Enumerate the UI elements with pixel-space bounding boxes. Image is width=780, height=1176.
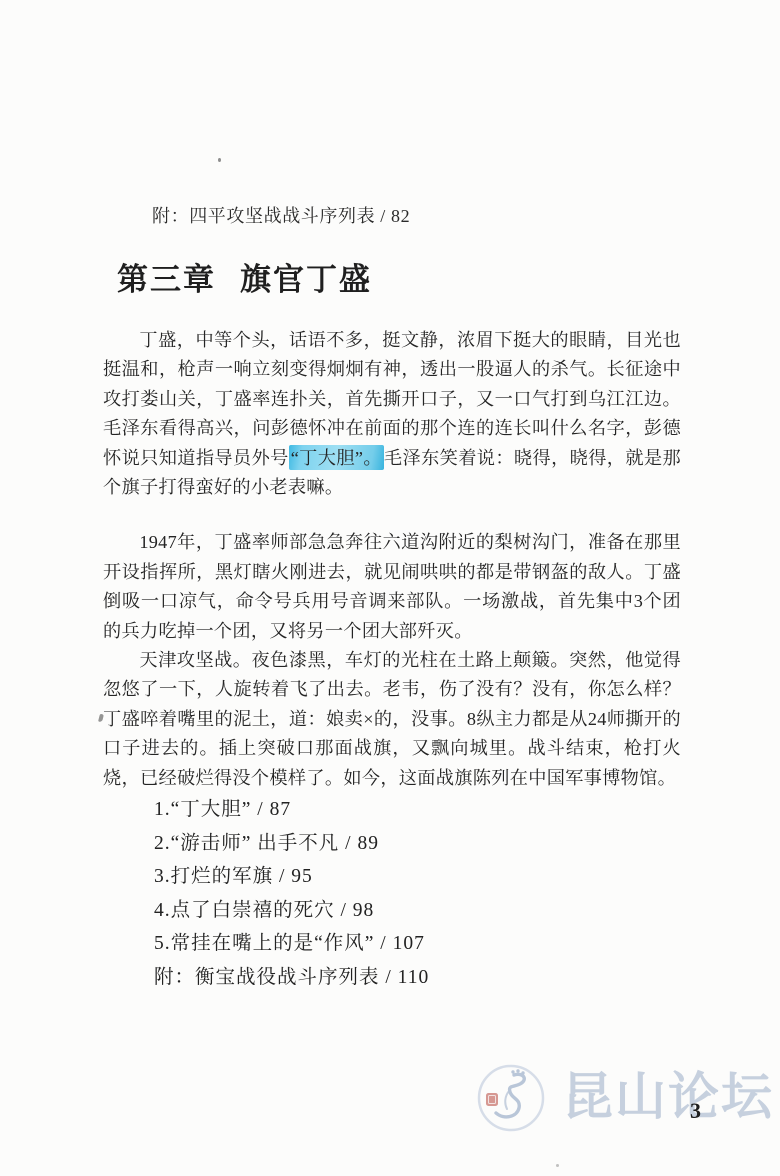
forum-watermark: 昆山论坛 (476, 1063, 774, 1133)
page-number: 3 (690, 1098, 701, 1124)
watermark-text: 昆山论坛 (562, 1063, 774, 1133)
paragraph-2: 1947年，丁盛率师部急急奔往六道沟附近的梨树沟门，准备在那里开设指挥所，黑灯瞎… (103, 528, 681, 646)
watermark-logo-icon (476, 1063, 546, 1133)
chapter-heading: 第三章旗官丁盛 (117, 254, 372, 299)
book-page: 附：四平攻坚战战斗序列表 / 82 第三章旗官丁盛 丁盛，中等个头，话语不多，挺… (0, 0, 780, 1176)
scan-speck (556, 1164, 559, 1167)
section-list-item: 5.常挂在嘴上的是“作风” / 107 (154, 927, 429, 961)
highlighted-nickname: “丁大胆”。 (289, 445, 384, 470)
section-list-item: 4.点了白崇禧的死穴 / 98 (154, 894, 429, 928)
chapter-title: 旗官丁盛 (240, 262, 372, 297)
section-list-item: 附：衡宝战役战斗序列表 / 110 (154, 961, 429, 995)
section-list-item: 3.打烂的军旗 / 95 (154, 860, 429, 894)
seal-stamp (486, 1093, 498, 1106)
chapter-intro-text: 丁盛，中等个头，话语不多，挺文静，浓眉下挺大的眼睛，目光也挺温和，枪声一响立刻变… (103, 326, 681, 793)
chapter-number: 第三章 (117, 262, 216, 297)
scan-speck (218, 158, 221, 162)
paragraph-3: 天津攻坚战。夜色漆黑，车灯的光柱在土路上颠簸。突然，他觉得忽悠了一下，人旋转着飞… (103, 646, 681, 793)
section-list-item: 1.“丁大胆” / 87 (154, 793, 429, 827)
previous-chapter-appendix-line: 附：四平攻坚战战斗序列表 / 82 (152, 202, 410, 228)
chapter-section-list: 1.“丁大胆” / 87 2.“游击师” 出手不凡 / 89 3.打烂的军旗 /… (154, 793, 429, 995)
paragraph-1: 丁盛，中等个头，话语不多，挺文静，浓眉下挺大的眼睛，目光也挺温和，枪声一响立刻变… (103, 326, 681, 502)
section-list-item: 2.“游击师” 出手不凡 / 89 (154, 827, 429, 861)
